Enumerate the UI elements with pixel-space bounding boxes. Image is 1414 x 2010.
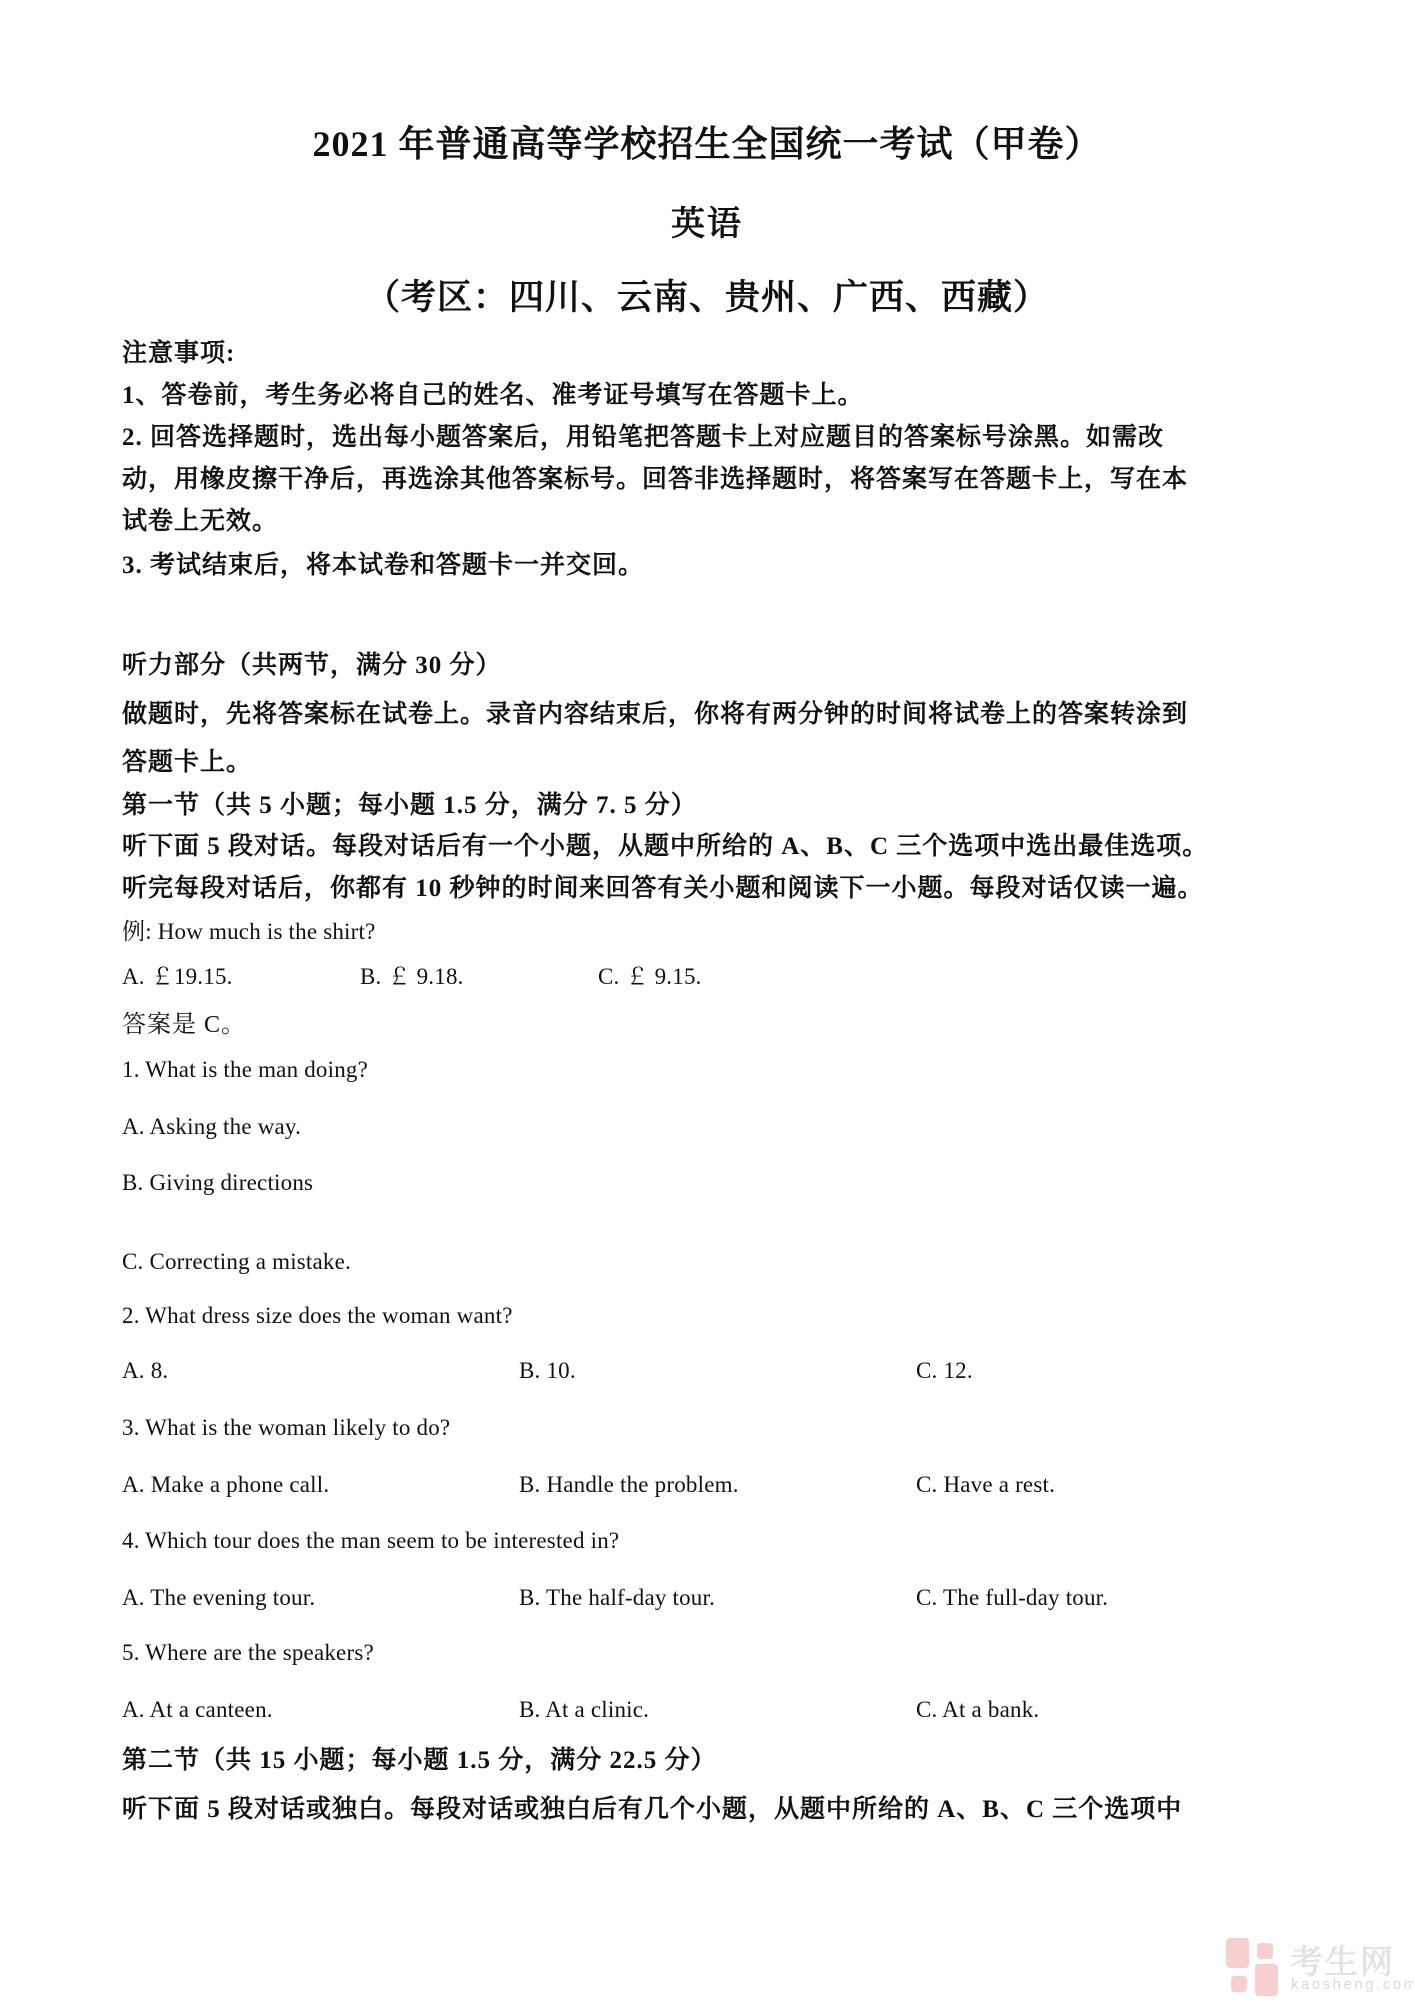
- notice-item-2-line-1: 2. 回答选择题时，选出每小题答案后，用铅笔把答题卡上对应题目的答案标号涂黑。如…: [122, 417, 1164, 453]
- question-5-option-b: B. At a clinic.: [519, 1697, 649, 1723]
- question-3-text: 3. What is the woman likely to do?: [122, 1415, 450, 1441]
- watermark-site-domain: kaosheng.com: [1291, 1976, 1414, 1993]
- question-3-option-a: A. Make a phone call.: [122, 1472, 329, 1498]
- question-4-option-b: B. The half-day tour.: [519, 1585, 715, 1611]
- example-option-row: A. ￡19.15. B. ￡ 9.18. C. ￡ 9.15.: [122, 958, 1312, 988]
- section1-instructions-line-1: 听下面 5 段对话。每段对话后有一个小题，从题中所给的 A、B、C 三个选项中选…: [122, 826, 1208, 862]
- notice-item-2-line-2: 动，用橡皮擦干净后，再选涂其他答案标号。回答非选择题时，将答案写在答题卡上，写在…: [122, 459, 1188, 495]
- example-option-c: C. ￡ 9.15.: [598, 958, 702, 991]
- question-2-text: 2. What dress size does the woman want?: [122, 1303, 513, 1329]
- question-2-option-c: C. 12.: [916, 1358, 973, 1384]
- question-2-option-a: A. 8.: [122, 1358, 168, 1384]
- section2-instructions-line-1: 听下面 5 段对话或独白。每段对话或独白后有几个小题，从题中所给的 A、B、C …: [122, 1789, 1182, 1825]
- question-1-option-a: A. Asking the way.: [122, 1114, 301, 1140]
- region-line: （考区：四川、云南、贵州、广西、西藏）: [0, 270, 1414, 320]
- question-5-option-c: C. At a bank.: [916, 1697, 1039, 1723]
- notice-heading: 注意事项:: [122, 333, 235, 369]
- example-option-a: A. ￡19.15.: [122, 958, 233, 991]
- question-2-option-row: A. 8. B. 10. C. 12.: [122, 1358, 1312, 1388]
- notice-item-2-line-3: 试卷上无效。: [122, 501, 278, 537]
- question-5-option-row: A. At a canteen. B. At a clinic. C. At a…: [122, 1697, 1312, 1727]
- section2-heading: 第二节（共 15 小题；每小题 1.5 分，满分 22.5 分）: [122, 1740, 717, 1776]
- page-title: 2021 年普通高等学校招生全国统一考试（甲卷）: [0, 116, 1414, 167]
- question-4-option-c: C. The full-day tour.: [916, 1585, 1108, 1611]
- question-1-text: 1. What is the man doing?: [122, 1057, 368, 1083]
- watermark: 考生网 kaosheng.com: [1226, 1936, 1412, 1998]
- question-5-text: 5. Where are the speakers?: [122, 1640, 374, 1666]
- listening-intro-line-2: 答题卡上。: [122, 742, 252, 778]
- subject-title: 英语: [0, 196, 1414, 245]
- listening-intro-line-1: 做题时，先将答案标在试卷上。录音内容结束后，你将有两分钟的时间将试卷上的答案转涂…: [122, 694, 1188, 730]
- question-3-option-c: C. Have a rest.: [916, 1472, 1055, 1498]
- section1-instructions-line-2: 听完每段对话后，你都有 10 秒钟的时间来回答有关小题和阅读下一小题。每段对话仅…: [122, 868, 1204, 904]
- example-question: 例: How much is the shirt?: [122, 913, 376, 946]
- question-3-option-b: B. Handle the problem.: [519, 1472, 739, 1498]
- listening-section-heading: 听力部分（共两节，满分 30 分）: [122, 645, 502, 681]
- question-4-option-a: A. The evening tour.: [122, 1585, 315, 1611]
- exam-paper-page: 2021 年普通高等学校招生全国统一考试（甲卷） 英语 （考区：四川、云南、贵州…: [0, 0, 1414, 2010]
- kaosheng-logo-icon: [1226, 1938, 1282, 1996]
- section1-heading: 第一节（共 5 小题；每小题 1.5 分，满分 7. 5 分）: [122, 785, 697, 821]
- question-4-text: 4. Which tour does the man seem to be in…: [122, 1528, 619, 1554]
- question-4-option-row: A. The evening tour. B. The half-day tou…: [122, 1585, 1312, 1615]
- notice-item-3: 3. 考试结束后，将本试卷和答题卡一并交回。: [122, 545, 644, 581]
- question-1-option-c: C. Correcting a mistake.: [122, 1249, 351, 1275]
- example-option-b: B. ￡ 9.18.: [360, 958, 464, 991]
- example-answer-note: 答案是 C。: [122, 1004, 246, 1039]
- question-3-option-row: A. Make a phone call. B. Handle the prob…: [122, 1472, 1312, 1502]
- question-5-option-a: A. At a canteen.: [122, 1697, 273, 1723]
- question-2-option-b: B. 10.: [519, 1358, 576, 1384]
- question-1-option-b: B. Giving directions: [122, 1170, 313, 1196]
- notice-item-1: 1、答卷前，考生务必将自己的姓名、准考证号填写在答题卡上。: [122, 375, 864, 411]
